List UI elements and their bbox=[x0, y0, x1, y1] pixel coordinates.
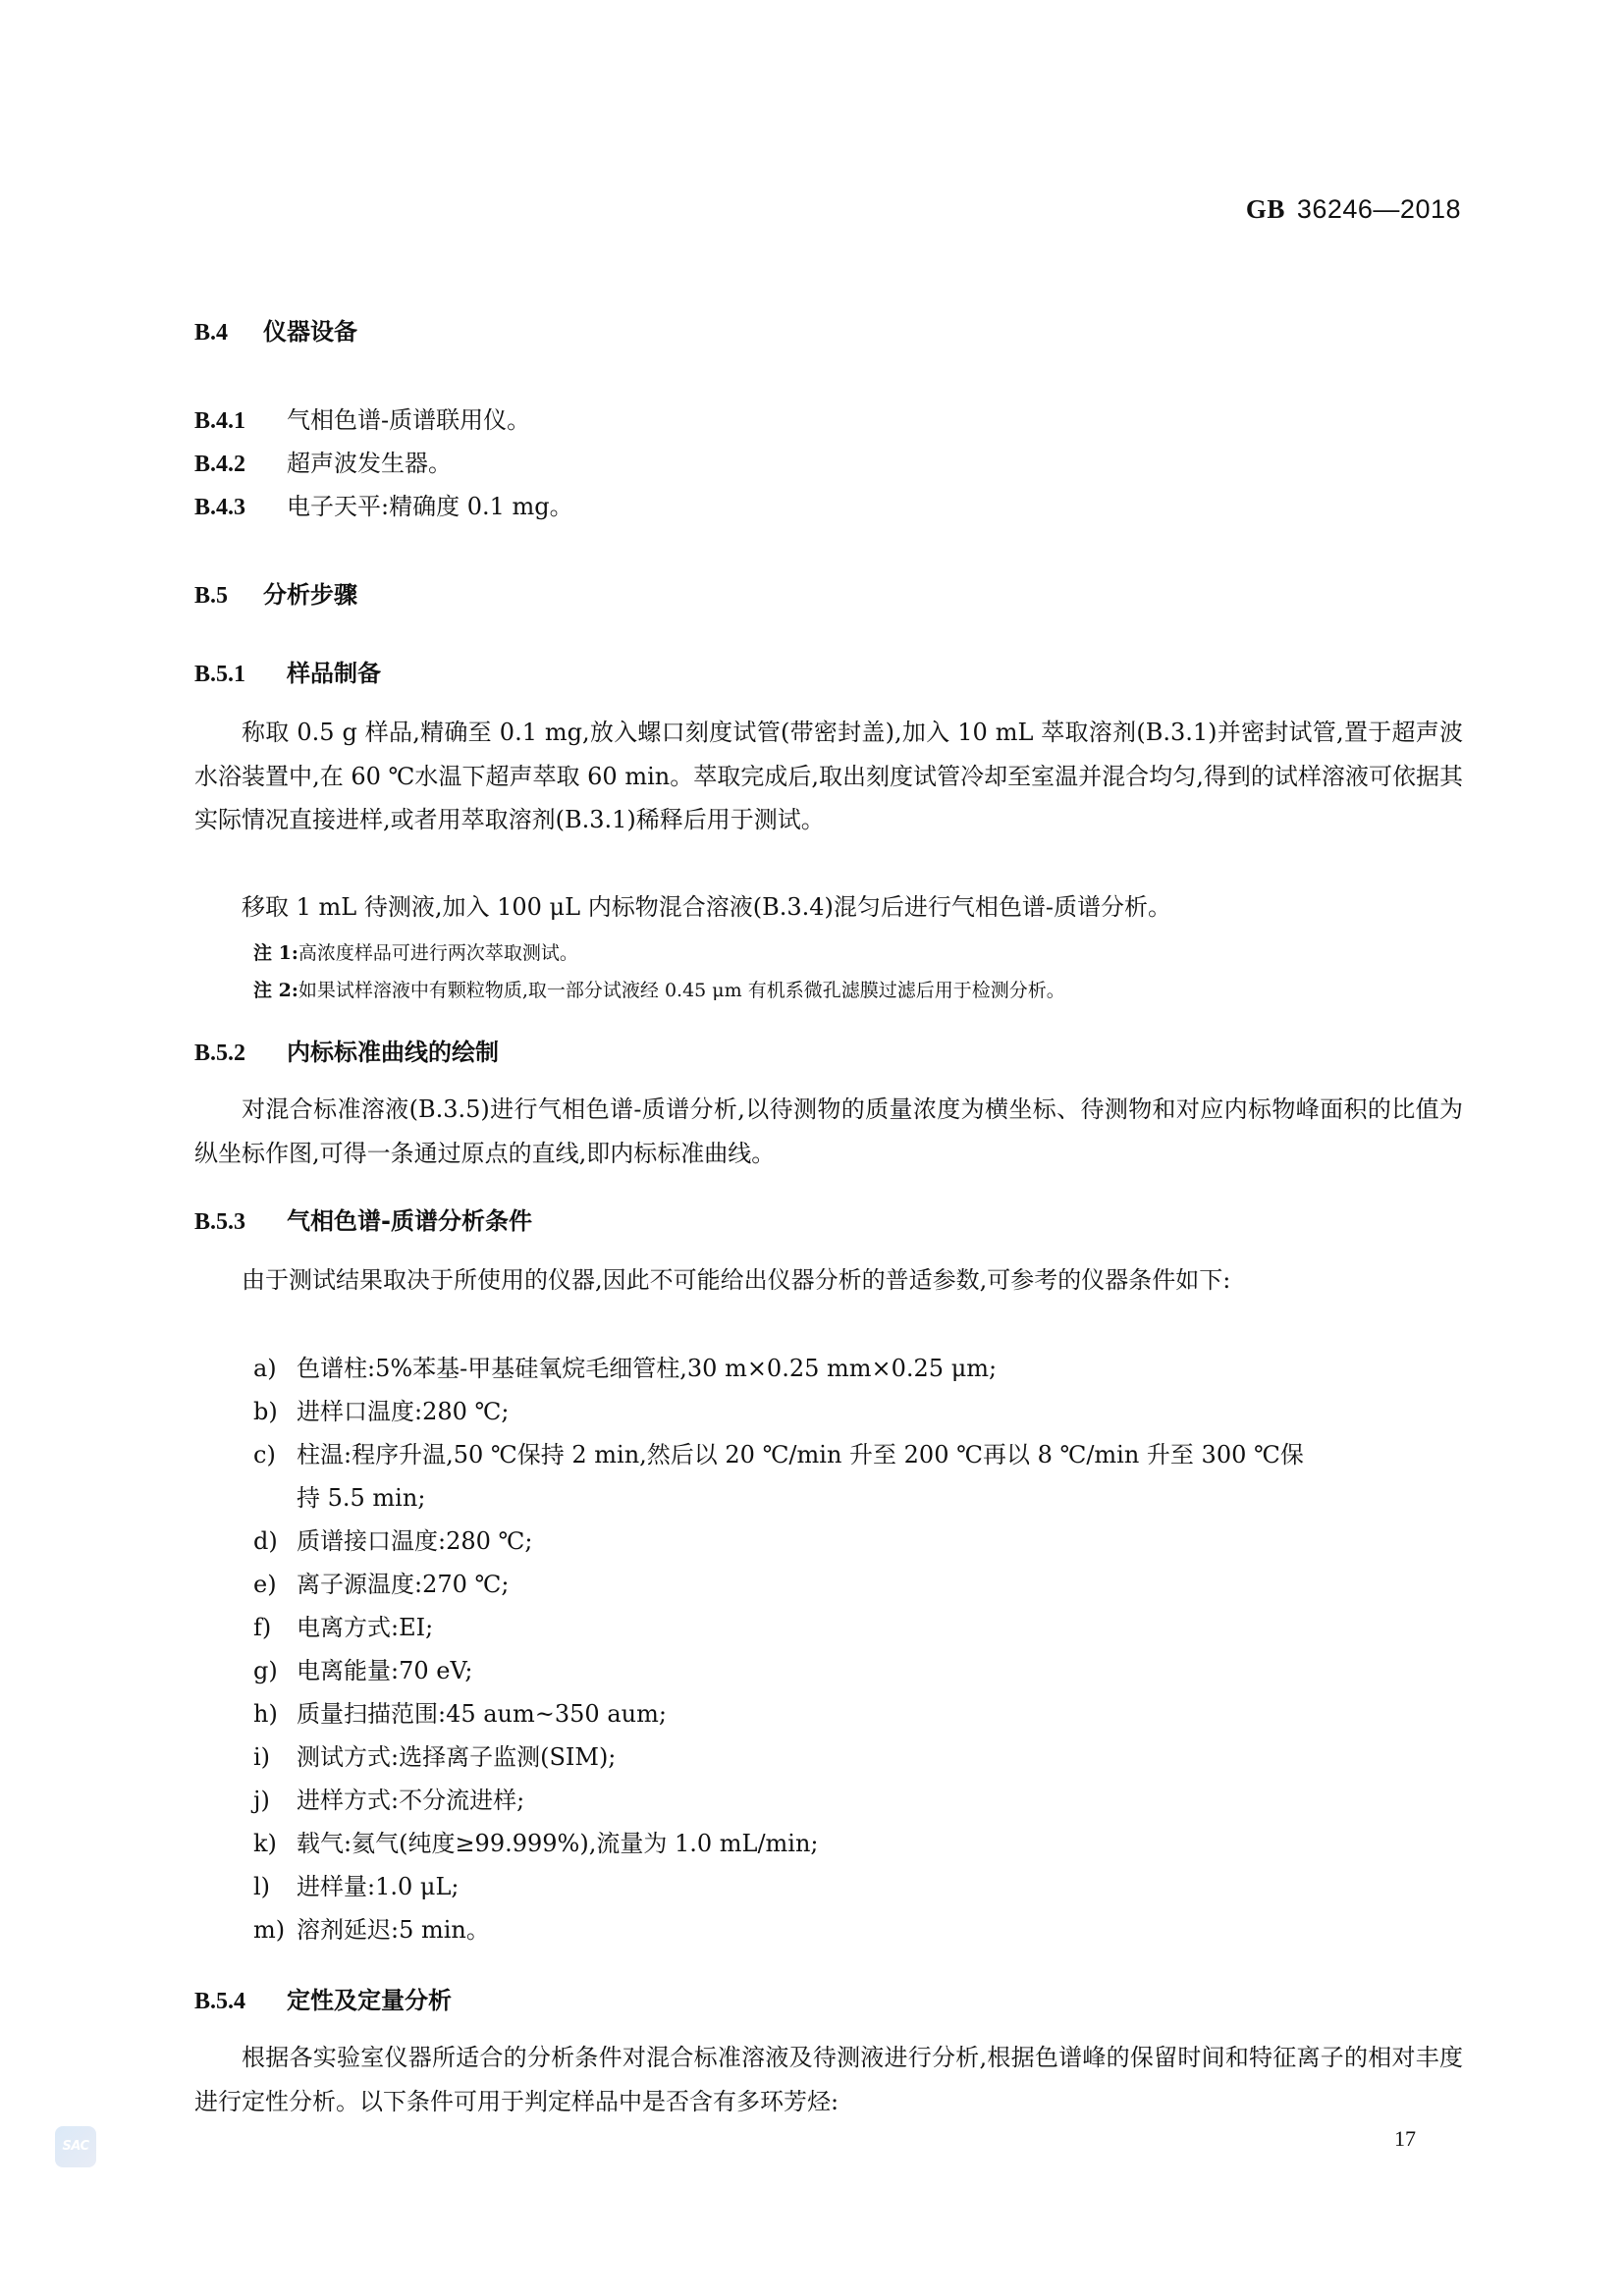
condition-item-d: d)质谱接口温度:280 ℃; bbox=[253, 1522, 532, 1556]
condition-item-k: k)载气:氦气(纯度≥99.999%),流量为 1.0 mL/min; bbox=[253, 1824, 819, 1858]
page-number: 17 bbox=[1394, 2126, 1416, 2152]
clause-b4-2: B.4.2超声波发生器。 bbox=[194, 444, 452, 478]
paragraph-calibration-curve: 对混合标准溶液(B.3.5)进行气相色谱-质谱分析,以待测物的质量浓度为横坐标、… bbox=[194, 1088, 1463, 1175]
note-2: 注 2:如果试样溶液中有颗粒物质,取一部分试液经 0.45 μm 有机系微孔滤膜… bbox=[253, 976, 1065, 1002]
standard-prefix: GB bbox=[1246, 194, 1285, 224]
condition-item-a: a)色谱柱:5%苯基-甲基硅氧烷毛细管柱,30 m×0.25 mm×0.25 μ… bbox=[253, 1349, 997, 1383]
condition-item-h: h)质量扫描范围:45 aum~350 aum; bbox=[253, 1694, 667, 1729]
document-page: GB36246—2018 B.4仪器设备 B.4.1气相色谱-质谱联用仪。 B.… bbox=[0, 0, 1624, 2296]
section-heading-b5-3: B.5.3气相色谱-质谱分析条件 bbox=[194, 1201, 532, 1236]
condition-item-f: f)电离方式:EI; bbox=[253, 1608, 433, 1642]
condition-item-c: c)柱温:程序升温,50 ℃保持 2 min,然后以 20 ℃/min 升至 2… bbox=[253, 1435, 1304, 1469]
condition-item-g: g)电离能量:70 eV; bbox=[253, 1651, 472, 1685]
condition-item-b: b)进样口温度:280 ℃; bbox=[253, 1392, 509, 1426]
standard-number: 36246—2018 bbox=[1297, 194, 1461, 224]
condition-item-m: m)溶剂延迟:5 min。 bbox=[253, 1910, 490, 1945]
condition-item-l: l)进样量:1.0 μL; bbox=[253, 1867, 460, 1901]
section-heading-b5-1: B.5.1样品制备 bbox=[194, 654, 381, 688]
sac-watermark-logo: SAC bbox=[55, 2126, 96, 2167]
condition-item-e: e)离子源温度:270 ℃; bbox=[253, 1565, 509, 1599]
paragraph-instrument-conditions: 由于测试结果取决于所使用的仪器,因此不可能给出仪器分析的普适参数,可参考的仪器条… bbox=[194, 1258, 1463, 1303]
clause-b4-1: B.4.1气相色谱-质谱联用仪。 bbox=[194, 400, 530, 435]
clause-b4-3: B.4.3电子天平:精确度 0.1 mg。 bbox=[194, 487, 573, 521]
condition-item-i: i)测试方式:选择离子监测(SIM); bbox=[253, 1737, 616, 1772]
section-heading-b5: B.5分析步骤 bbox=[194, 575, 357, 610]
condition-item-j: j)进样方式:不分流进样; bbox=[253, 1781, 524, 1815]
section-heading-b4: B.4仪器设备 bbox=[194, 312, 357, 347]
section-heading-b5-4: B.5.4定性及定量分析 bbox=[194, 1981, 452, 2015]
section-heading-b5-2: B.5.2内标标准曲线的绘制 bbox=[194, 1033, 499, 1067]
paragraph-sample-prep: 称取 0.5 g 样品,精确至 0.1 mg,放入螺口刻度试管(带密封盖),加入… bbox=[194, 711, 1463, 842]
standard-number-header: GB36246—2018 bbox=[1246, 194, 1461, 225]
paragraph-qualitative-analysis: 根据各实验室仪器所适合的分析条件对混合标准溶液及待测液进行分析,根据色谱峰的保留… bbox=[194, 2036, 1463, 2123]
paragraph-pipette: 移取 1 mL 待测液,加入 100 μL 内标物混合溶液(B.3.4)混匀后进… bbox=[194, 885, 1463, 930]
note-1: 注 1:高浓度样品可进行两次萃取测试。 bbox=[253, 938, 578, 965]
